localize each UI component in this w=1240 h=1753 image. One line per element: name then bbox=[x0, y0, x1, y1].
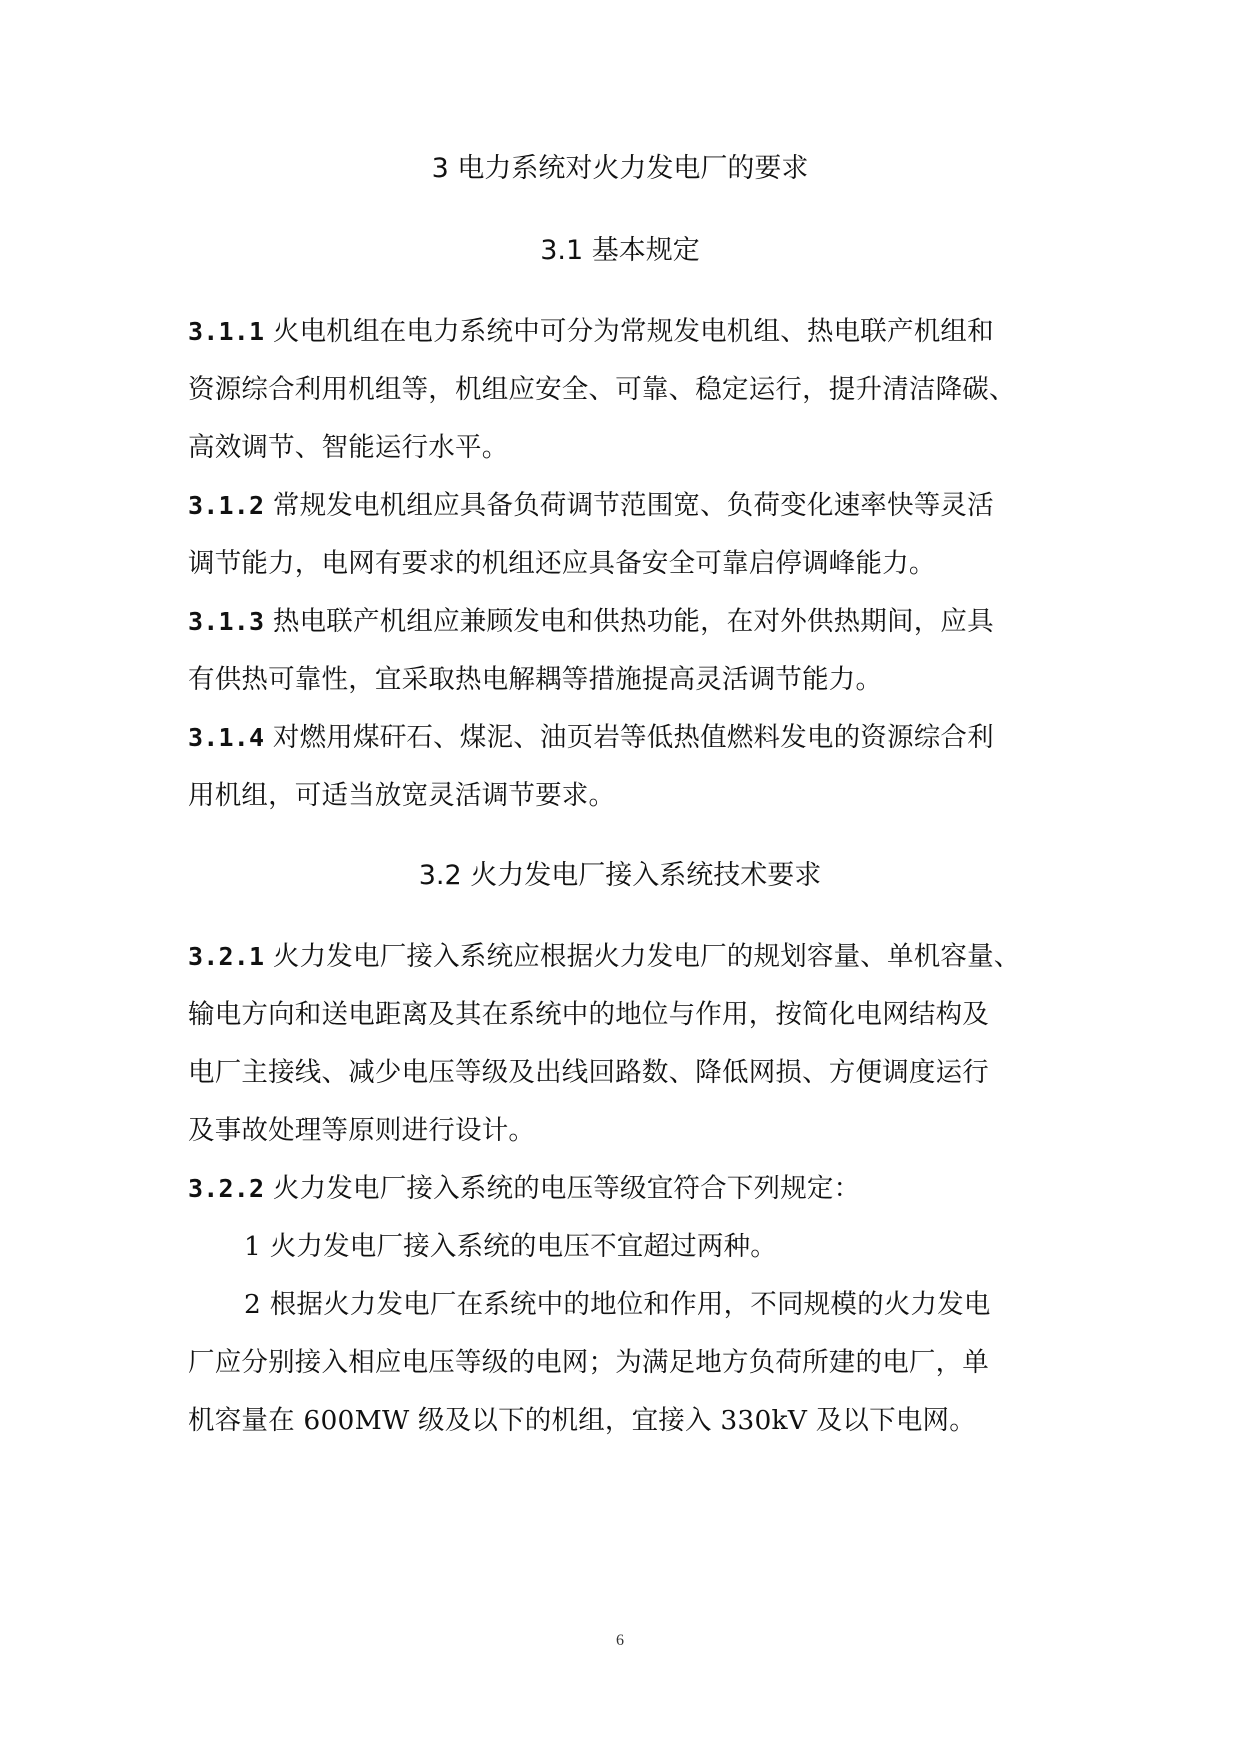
clause-number: 3.1.3 bbox=[188, 607, 264, 636]
clause-3-1-2: 3.1.2 常规发电机组应具备负荷调节范围宽、负荷变化速率快等灵活 bbox=[188, 483, 1058, 522]
section-title-3-2: 3.2 火力发电厂接入系统技术要求 bbox=[0, 853, 1240, 892]
item-line: 厂应分别接入相应电压等级的电网；为满足地方负荷所建的电厂，单 bbox=[188, 1340, 1058, 1379]
list-item-2: 2 根据火力发电厂在系统中的地位和作用，不同规模的火力发电 bbox=[244, 1282, 1114, 1321]
clause-line: 高效调节、智能运行水平。 bbox=[188, 425, 1058, 464]
clause-number: 3.2.1 bbox=[188, 942, 264, 971]
section-title-3-1: 3.1 基本规定 bbox=[0, 228, 1240, 267]
clause-number: 3.1.2 bbox=[188, 491, 264, 520]
clause-line: 资源综合利用机组等，机组应安全、可靠、稳定运行，提升清洁降碳、 bbox=[188, 367, 1058, 406]
clause-text: 对燃用煤矸石、煤泥、油页岩等低热值燃料发电的资源综合利 bbox=[273, 722, 994, 753]
chapter-title: 3 电力系统对火力发电厂的要求 bbox=[0, 146, 1240, 185]
clause-3-2-2: 3.2.2 火力发电厂接入系统的电压等级宜符合下列规定： bbox=[188, 1166, 1058, 1205]
clause-3-1-1: 3.1.1 火电机组在电力系统中可分为常规发电机组、热电联产机组和 bbox=[188, 309, 1058, 348]
clause-text: 火力发电厂接入系统的电压等级宜符合下列规定： bbox=[273, 1173, 860, 1204]
item-line: 机容量在 600MW 级及以下的机组，宜接入 330kV 及以下电网。 bbox=[188, 1398, 1058, 1437]
document-page: 3 电力系统对火力发电厂的要求 3.1 基本规定 3.1.1 火电机组在电力系统… bbox=[0, 0, 1240, 1753]
item-number: 2 bbox=[244, 1289, 261, 1320]
item-text: 根据火力发电厂在系统中的地位和作用，不同规模的火力发电 bbox=[270, 1289, 991, 1320]
list-item-1: 1 火力发电厂接入系统的电压不宜超过两种。 bbox=[244, 1224, 1114, 1263]
clause-text: 热电联产机组应兼顾发电和供热功能，在对外供热期间，应具 bbox=[273, 606, 994, 637]
item-text: 火力发电厂接入系统的电压不宜超过两种。 bbox=[270, 1231, 777, 1262]
clause-line: 输电方向和送电距离及其在系统中的地位与作用，按简化电网结构及 bbox=[188, 992, 1058, 1031]
clause-text: 常规发电机组应具备负荷调节范围宽、负荷变化速率快等灵活 bbox=[273, 490, 994, 521]
clause-line: 调节能力，电网有要求的机组还应具备安全可靠启停调峰能力。 bbox=[188, 541, 1058, 580]
clause-line: 用机组，可适当放宽灵活调节要求。 bbox=[188, 773, 1058, 812]
clause-line: 有供热可靠性，宜采取热电解耦等措施提高灵活调节能力。 bbox=[188, 657, 1058, 696]
clause-number: 3.1.4 bbox=[188, 723, 264, 752]
clause-3-2-1: 3.2.1 火力发电厂接入系统应根据火力发电厂的规划容量、单机容量、 bbox=[188, 934, 1058, 973]
clause-3-1-4: 3.1.4 对燃用煤矸石、煤泥、油页岩等低热值燃料发电的资源综合利 bbox=[188, 715, 1058, 754]
clause-line: 电厂主接线、减少电压等级及出线回路数、降低网损、方便调度运行 bbox=[188, 1050, 1058, 1089]
clause-text: 火电机组在电力系统中可分为常规发电机组、热电联产机组和 bbox=[273, 316, 994, 347]
clause-text: 火力发电厂接入系统应根据火力发电厂的规划容量、单机容量、 bbox=[273, 941, 1021, 972]
clause-line: 及事故处理等原则进行设计。 bbox=[188, 1108, 1058, 1147]
clause-number: 3.2.2 bbox=[188, 1174, 264, 1203]
page-number: 6 bbox=[0, 1632, 1240, 1650]
clause-3-1-3: 3.1.3 热电联产机组应兼顾发电和供热功能，在对外供热期间，应具 bbox=[188, 599, 1058, 638]
clause-number: 3.1.1 bbox=[188, 317, 264, 346]
item-number: 1 bbox=[244, 1231, 261, 1262]
